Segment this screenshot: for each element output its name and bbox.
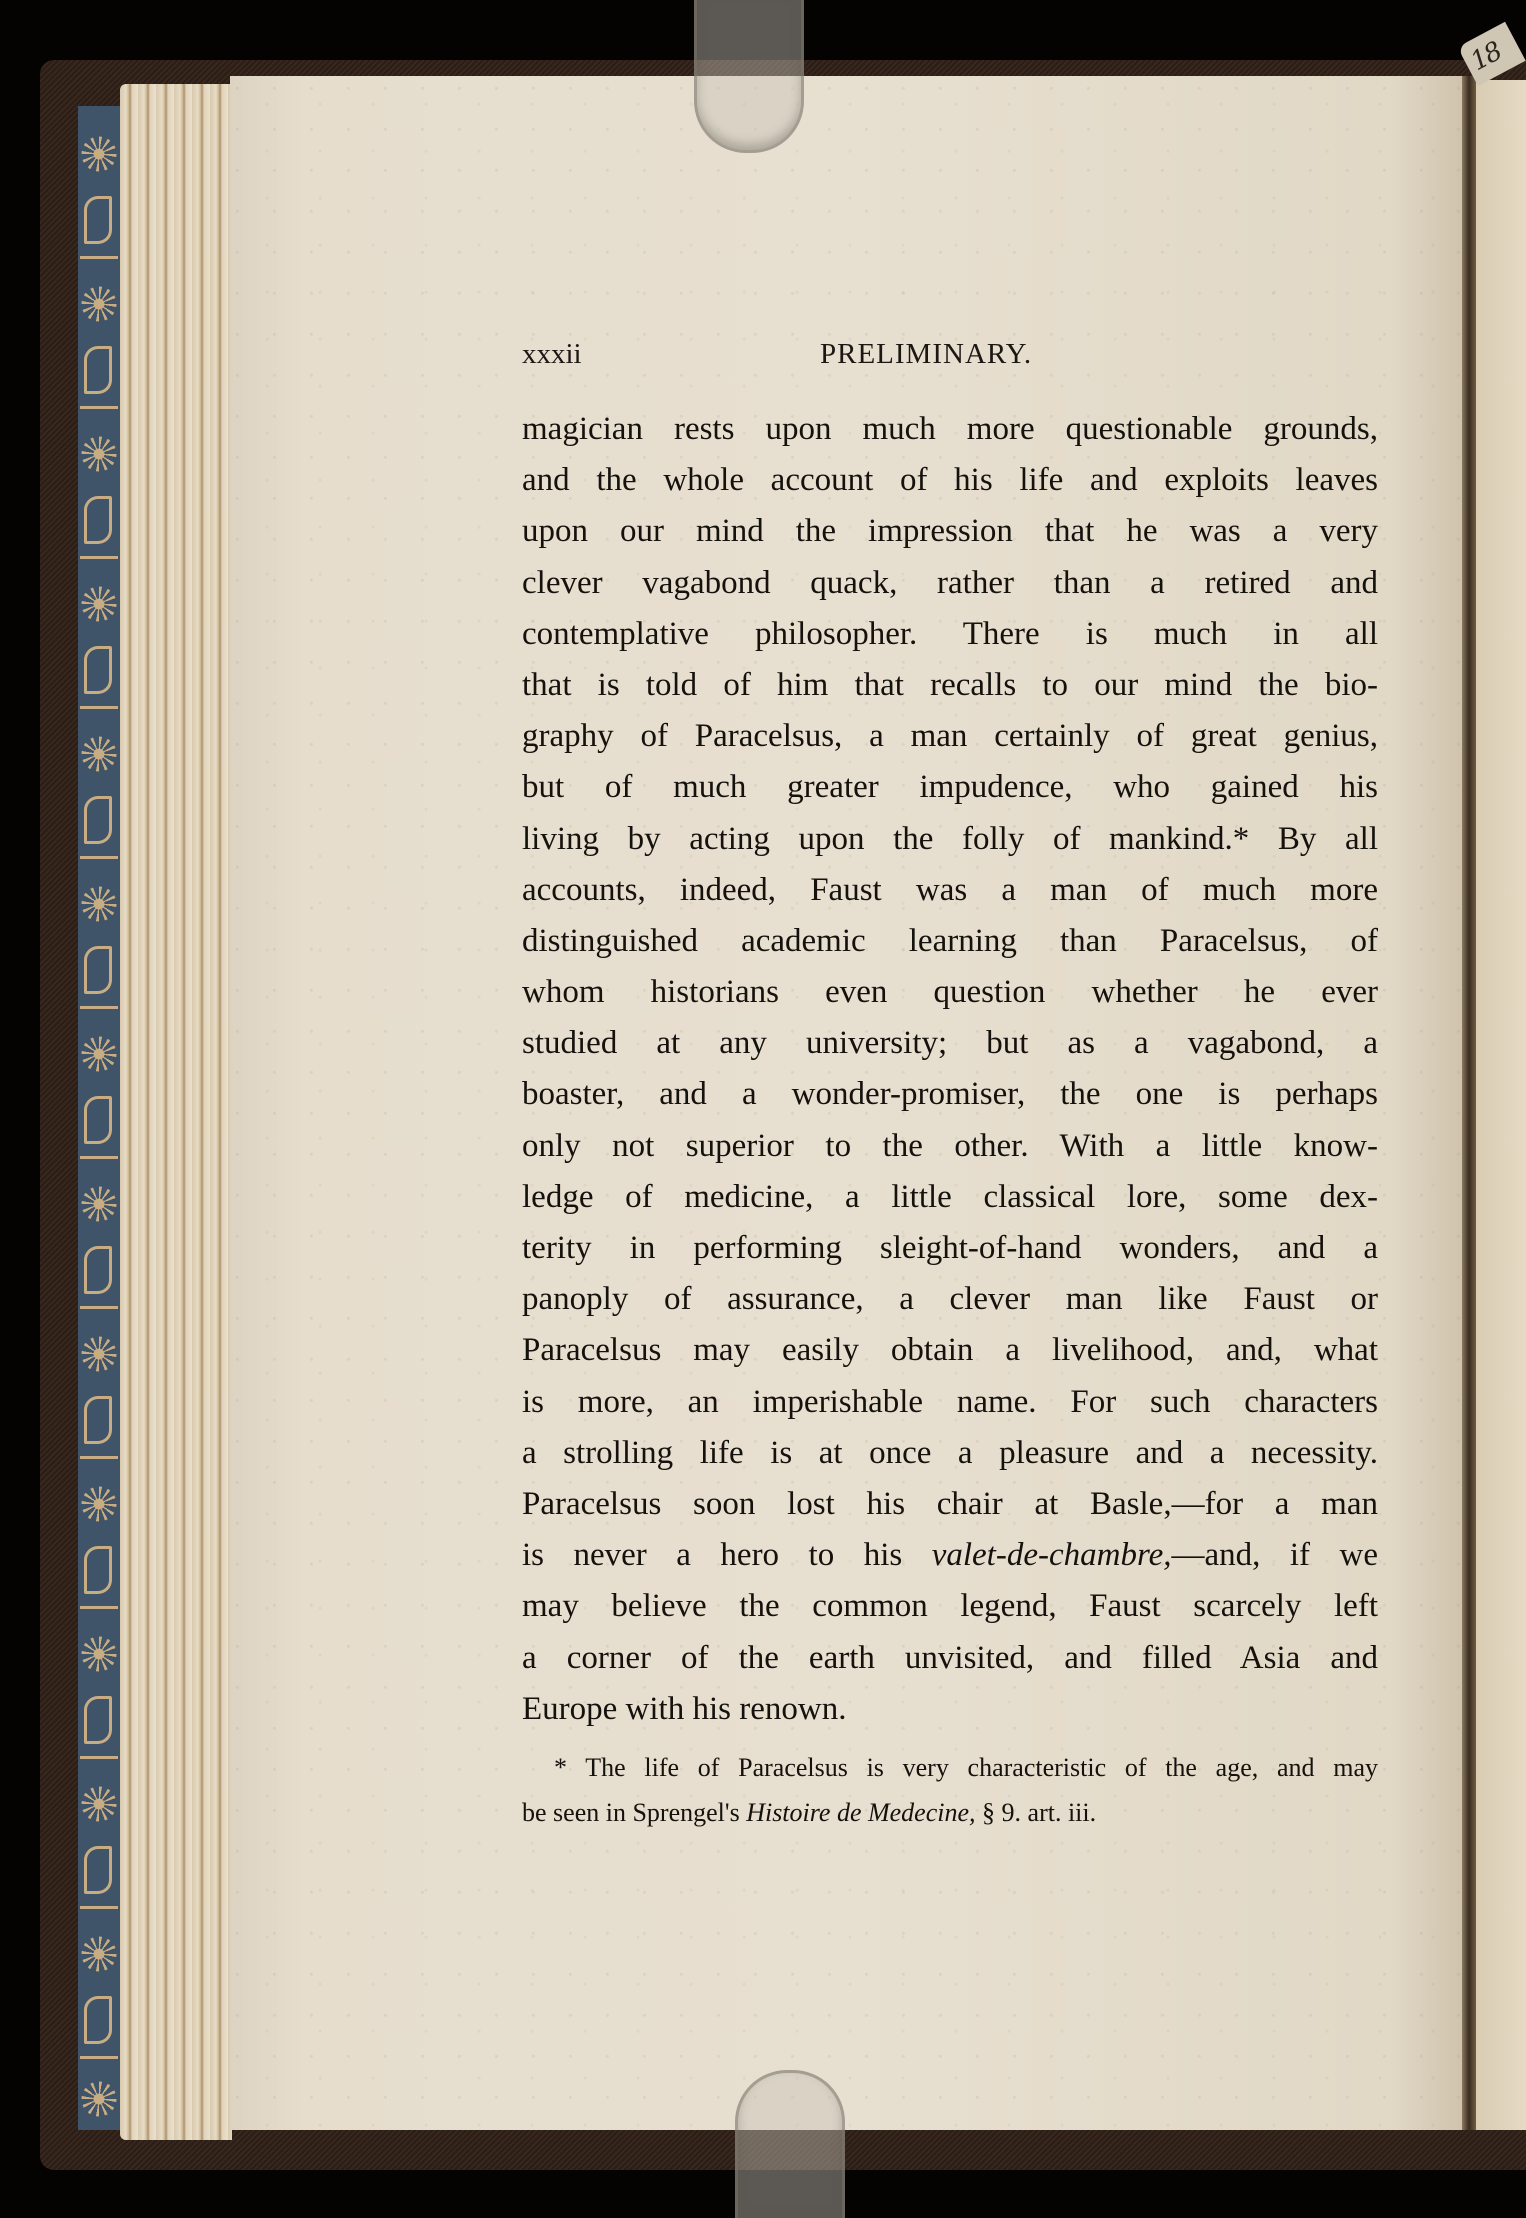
scroll-ornament-icon <box>84 1396 112 1444</box>
ornament-bar <box>80 856 118 859</box>
scroll-ornament-icon <box>84 346 112 394</box>
ornament-bar <box>80 1156 118 1159</box>
text-line: is never a hero to his valet-de-chambre,… <box>522 1530 1378 1581</box>
text-line: living by acting upon the folly of manki… <box>522 814 1378 865</box>
text-line: boaster, and a wonder-promiser, the one … <box>522 1069 1378 1120</box>
ornament-bar <box>80 256 118 259</box>
text-line: magician rests upon much more questionab… <box>522 404 1378 455</box>
flower-ornament-icon <box>81 1486 117 1522</box>
ornament-bar <box>80 1006 118 1009</box>
text-line: and the whole account of his life and ex… <box>522 455 1378 506</box>
running-head: xxxii PRELIMINARY. <box>522 338 1376 378</box>
scroll-ornament-icon <box>84 1996 112 2044</box>
running-title: PRELIMINARY. <box>820 338 1032 371</box>
footnote-line: * The life of Paracelsus is very charact… <box>522 1745 1378 1790</box>
scroll-ornament-icon <box>84 646 112 694</box>
text-segment: is never a hero to his <box>522 1537 932 1573</box>
italic-phrase: valet-de-chambre, <box>932 1537 1172 1573</box>
footnote: * The life of Paracelsus is very charact… <box>522 1745 1378 1835</box>
ornament-bar <box>80 1606 118 1609</box>
text-line: graphy of Paracelsus, a man certainly of… <box>522 711 1378 762</box>
text-line: Europe with his renown. <box>522 1684 1378 1735</box>
decorative-endpaper <box>78 106 120 2130</box>
text-segment: be seen in Sprengel's <box>522 1798 746 1827</box>
facing-page-edge <box>1476 80 1526 2130</box>
flower-ornament-icon <box>81 736 117 772</box>
text-line: contemplative philosopher. There is much… <box>522 609 1378 660</box>
page-clip-bottom <box>735 2070 845 2218</box>
ornament-bar <box>80 2056 118 2059</box>
flower-ornament-icon <box>81 1636 117 1672</box>
scroll-ornament-icon <box>84 1546 112 1594</box>
text-line: ledge of medicine, a little classical lo… <box>522 1172 1378 1223</box>
text-line: terity in performing sleight-of-hand won… <box>522 1223 1378 1274</box>
text-line: panoply of assurance, a clever man like … <box>522 1274 1378 1325</box>
text-line: whom historians even question whether he… <box>522 967 1378 1018</box>
flower-ornament-icon <box>81 2081 117 2117</box>
text-line: is more, an imperishable name. For such … <box>522 1377 1378 1428</box>
flower-ornament-icon <box>81 1336 117 1372</box>
book-gutter <box>1462 76 1476 2130</box>
text-line: accounts, indeed, Faust was a man of muc… <box>522 865 1378 916</box>
flower-ornament-icon <box>81 286 117 322</box>
text-line: distinguished academic learning than Par… <box>522 916 1378 967</box>
flower-ornament-icon <box>81 1036 117 1072</box>
scroll-ornament-icon <box>84 946 112 994</box>
scroll-ornament-icon <box>84 1846 112 1894</box>
text-line: Paracelsus may easily obtain a livelihoo… <box>522 1325 1378 1376</box>
scroll-ornament-icon <box>84 1096 112 1144</box>
flower-ornament-icon <box>81 886 117 922</box>
page-clip-top <box>694 0 804 153</box>
scroll-ornament-icon <box>84 796 112 844</box>
page-fore-edges <box>120 84 232 2140</box>
text-line: may believe the common legend, Faust sca… <box>522 1581 1378 1632</box>
text-line: but of much greater impudence, who gaine… <box>522 762 1378 813</box>
ornament-bar <box>80 1306 118 1309</box>
body-text: magician rests upon much more questionab… <box>522 404 1378 1735</box>
flower-ornament-icon <box>81 586 117 622</box>
ornament-bar <box>80 1756 118 1759</box>
flower-ornament-icon <box>81 436 117 472</box>
text-line: a corner of the earth unvisited, and fil… <box>522 1633 1378 1684</box>
text-line: only not superior to the other. With a l… <box>522 1121 1378 1172</box>
flower-ornament-icon <box>81 136 117 172</box>
ornament-bar <box>80 1456 118 1459</box>
text-line: upon our mind the impression that he was… <box>522 506 1378 557</box>
scroll-ornament-icon <box>84 1246 112 1294</box>
ornament-bar <box>80 406 118 409</box>
text-segment: —and, if we <box>1171 1537 1378 1573</box>
text-line: Paracelsus soon lost his chair at Basle,… <box>522 1479 1378 1530</box>
text-segment: § 9. art. iii. <box>976 1798 1097 1827</box>
page-number: xxxii <box>522 338 582 371</box>
flower-ornament-icon <box>81 1186 117 1222</box>
ornament-bar <box>80 706 118 709</box>
flower-ornament-icon <box>81 1936 117 1972</box>
footnote-line: be seen in Sprengel's Histoire de Medeci… <box>522 1790 1378 1835</box>
scroll-ornament-icon <box>84 496 112 544</box>
flower-ornament-icon <box>81 1786 117 1822</box>
scroll-ornament-icon <box>84 1696 112 1744</box>
ornament-bar <box>80 556 118 559</box>
scroll-ornament-icon <box>84 196 112 244</box>
text-line: studied at any university; but as a vaga… <box>522 1018 1378 1069</box>
italic-title: Histoire de Medecine, <box>746 1798 975 1827</box>
text-line: that is told of him that recalls to our … <box>522 660 1378 711</box>
ornament-bar <box>80 1906 118 1909</box>
text-line: a strolling life is at once a pleasure a… <box>522 1428 1378 1479</box>
text-line: clever vagabond quack, rather than a ret… <box>522 558 1378 609</box>
